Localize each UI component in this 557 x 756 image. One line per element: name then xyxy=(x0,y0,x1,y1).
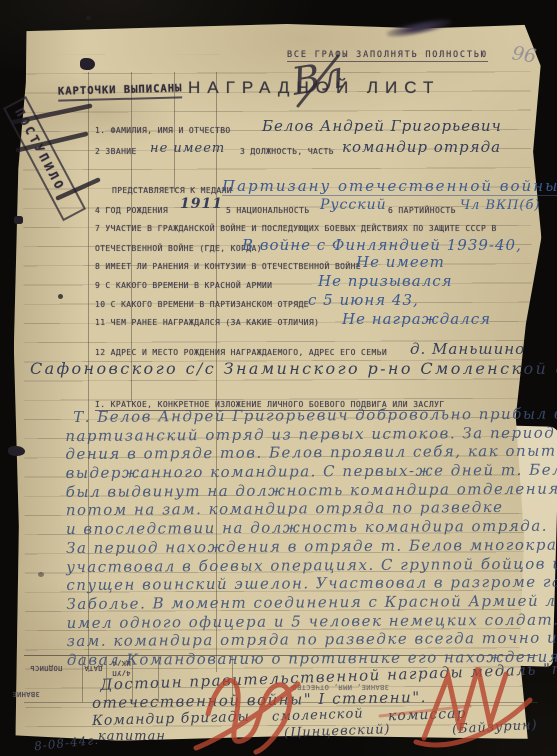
upside-down-date-label: Дата xyxy=(84,664,102,672)
field-warservice-value: В войне с Финляндией 1939-40, xyxy=(242,236,522,254)
field-position-label: 3 Должность, часть xyxy=(240,147,334,156)
dirt-mark xyxy=(58,294,63,299)
field-name-value: Белов Андрей Григорьевич xyxy=(262,117,502,135)
field-partisan-since-label: 10 С какого времени в партизанском отряд… xyxy=(95,300,309,309)
dirt-mark xyxy=(38,572,44,577)
field-prior-awards-label: 11 Чем ранее награждался (за какие отлич… xyxy=(95,318,319,327)
field-redarmy-value: Не призывался xyxy=(318,272,453,290)
field-birthyear-value: 1911 xyxy=(180,196,223,212)
dirt-mark xyxy=(8,446,25,456)
field-medal-value: Партизану отечественной войны " I ст. xyxy=(222,177,557,196)
page-number: 96 xyxy=(510,42,537,68)
field-party-label: 6 Партийность xyxy=(388,206,456,215)
field-nationality-label: 5 Национальность xyxy=(226,206,309,215)
field-warservice-label-2: Отечественной войне (где, когда) xyxy=(95,244,262,253)
field-birthyear-label: 4 Год рождения xyxy=(95,206,168,215)
title-ink-scrawl: Вл xyxy=(289,52,347,104)
field-address-value-2: Сафоновского с/с Знаминского р-но Смолен… xyxy=(30,359,557,378)
field-wounds-value: Не имеет xyxy=(356,253,445,271)
commander-rank: капитан xyxy=(98,729,166,744)
upside-down-rank-label: Звание xyxy=(12,690,40,698)
field-warservice-label-1: 7 Участие в гражданской войне и последую… xyxy=(95,224,497,233)
punch-hole xyxy=(80,58,95,70)
field-position-value: командир отряда xyxy=(342,138,501,156)
commander-name: (Цинцевский) xyxy=(284,722,391,741)
upside-down-signature-label: Подпись xyxy=(30,664,62,672)
field-wounds-label: 8 Имеет ли ранения и контузии в отечеств… xyxy=(95,262,361,271)
field-partisan-since-value: с 5 июня 43, xyxy=(308,291,419,309)
commander-unit: смоленской xyxy=(272,706,364,724)
field-address-label: 12 Адрес и место рождения награждаемого,… xyxy=(95,348,387,357)
upside-down-cell-ck4: ЦК/4 xyxy=(112,659,130,667)
field-prior-awards-value: Не награждался xyxy=(342,310,491,328)
field-nationality-value: Русский xyxy=(320,197,387,213)
field-rank-label: 2 Звание xyxy=(95,147,137,156)
field-medal-label: Представляется к медали xyxy=(112,186,232,195)
cards-issued-stamp: Карточки выписаны xyxy=(58,82,183,101)
field-name-label: 1. Фамилия, имя и отчество xyxy=(95,126,231,135)
field-address-value-1: д. Маньшино xyxy=(410,340,525,358)
field-rank-value: не имеет xyxy=(150,141,225,156)
scanned-award-sheet: Все графы заполнять полностью 96 НАГРАДН… xyxy=(0,0,557,756)
dirt-mark xyxy=(14,216,23,224)
citation-body: Т. Белов Андрей Григорьевич добровольно … xyxy=(65,404,557,670)
field-party-value: Чл ВКП(б) xyxy=(460,198,541,213)
dirt-mark xyxy=(86,16,91,20)
field-redarmy-label: 9 С какого времени в Красной Армии xyxy=(95,281,272,290)
